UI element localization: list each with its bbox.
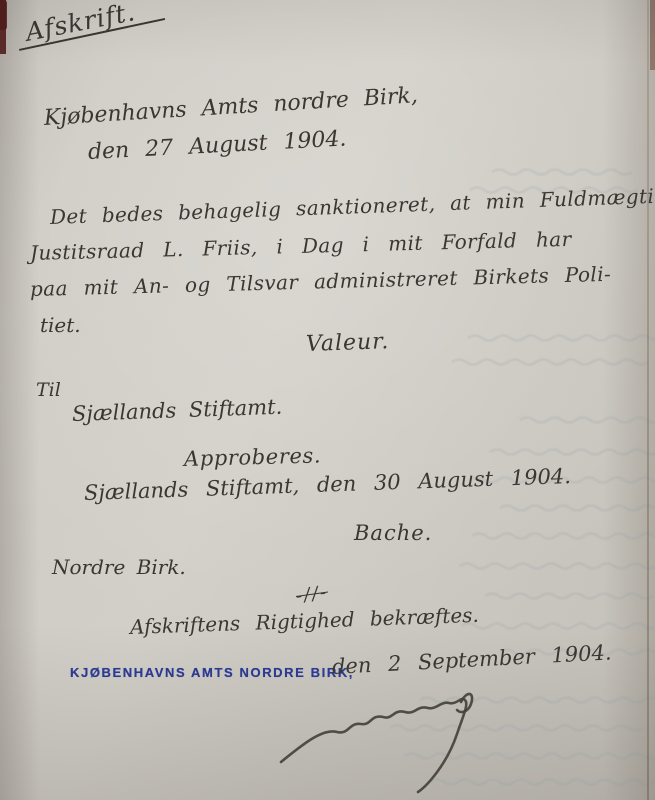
body-line-4: tiet. — [40, 313, 81, 337]
book-edge-left-mid — [0, 0, 6, 54]
copy-heading: Afskrift. — [23, 0, 138, 47]
book-edge-right — [650, 0, 655, 70]
office-note: Nordre Birk. — [52, 555, 186, 579]
body-line-3: paa mit An- og Tilsvar administreret Bir… — [30, 262, 612, 301]
separator-mark: -//- — [295, 582, 330, 607]
signature-valeur: Valeur. — [306, 329, 390, 357]
recipient-stiftamt: Sjællands Stiftamt. — [72, 395, 283, 426]
signature-bache: Bache. — [354, 521, 432, 545]
stamp-date: den 2 September 1904. — [331, 640, 612, 679]
body-line-2: Justitsraad L. Friis, i Dag i mit Forfal… — [30, 227, 572, 265]
dateline-place: Kjøbenhavns Amts nordre Birk, — [43, 83, 418, 131]
certification-line: Afskriftens Rigtighed bekræftes. — [130, 603, 480, 639]
office-stamp: KJØBENHAVNS AMTS NORDRE BIRK, — [70, 665, 354, 680]
dateline-date: den 27 August 1904. — [87, 126, 347, 165]
approval-word: Approberes. — [184, 443, 322, 471]
book-edge-left-top — [0, 0, 7, 30]
document-photo: Afskrift. Kjøbenhavns Amts nordre Birk, … — [0, 0, 655, 800]
page-edge-line — [647, 0, 649, 800]
signature-scrawl — [275, 682, 490, 797]
body-line-1: Det bedes behagelig sanktioneret, at min… — [50, 183, 655, 229]
approval-place-date: Sjællands Stiftamt, den 30 August 1904. — [84, 464, 572, 505]
recipient-til: Til — [36, 379, 61, 401]
